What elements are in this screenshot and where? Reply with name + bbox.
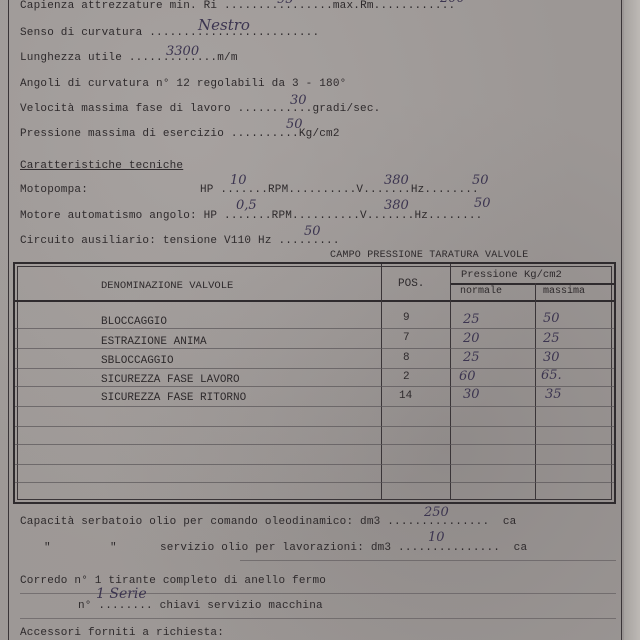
velocita-label: Velocità massima fase di lavoro ........… [20, 103, 380, 115]
header-pos: POS. [398, 278, 424, 290]
row-pos: 7 [403, 332, 410, 344]
row-pos: 9 [403, 312, 410, 324]
valve-table: DENOMINAZIONE VALVOLE POS. Pressione Kg/… [13, 262, 616, 504]
pressure-subheader-divider [451, 283, 614, 285]
row-name: BLOCCAGGIO [101, 316, 167, 328]
motopompa-hz-value: 50 [472, 173, 489, 188]
capienza-label: Capienza attrezzature min. Ri ..........… [20, 0, 455, 12]
motore-v-value: 380 [384, 198, 409, 213]
row-pos: 8 [403, 352, 410, 364]
header-normale: normale [460, 286, 502, 297]
capienza-max-value: 200 [440, 0, 465, 6]
row-line [15, 368, 614, 369]
row-normale: 25 [463, 312, 480, 327]
header-pressione: Pressione Kg/cm2 [461, 269, 562, 281]
row-name: SICUREZZA FASE LAVORO [101, 374, 240, 386]
motore-hp-value: 0,5 [236, 198, 257, 213]
row-massima: 30 [543, 350, 560, 365]
row-line [15, 328, 614, 329]
ditto-mark-2: " [110, 542, 117, 554]
row-line [15, 482, 614, 483]
row-line [15, 426, 614, 427]
servizio-value: 10 [428, 530, 445, 545]
paper-edge [624, 0, 640, 640]
row-normale: 25 [463, 350, 480, 365]
header-divider [15, 300, 614, 302]
ditto-mark-1: " [44, 542, 51, 554]
serbatoio-value: 250 [424, 505, 449, 520]
servizio-label: servizio olio per lavorazioni: dm3 .....… [160, 542, 527, 554]
right-margin-line [621, 0, 622, 640]
motore-hz-value: 50 [474, 196, 491, 211]
lunghezza-label: Lunghezza utile .............m/m [20, 52, 238, 64]
row-name: SICUREZZA FASE RITORNO [101, 392, 246, 404]
velocita-value: 30 [290, 93, 307, 108]
row-normale: 60 [459, 369, 476, 384]
row-line [15, 348, 614, 349]
col-divider-massima [535, 283, 536, 500]
valve-table-title: CAMPO PRESSIONE TARATURA VALVOLE [330, 250, 528, 261]
row-name: SBLOCCAGGIO [101, 355, 174, 367]
left-margin-line [8, 0, 9, 640]
rule-line [20, 618, 616, 619]
motopompa-label: Motopompa: [20, 184, 88, 196]
angoli-label: Angoli di curvatura n° 12 regolabili da … [20, 78, 346, 90]
motopompa-hp-value: 10 [230, 173, 247, 188]
row-line [15, 406, 614, 407]
lunghezza-value: 3300 [166, 44, 199, 59]
header-denominazione: DENOMINAZIONE VALVOLE [101, 280, 233, 292]
row-pos: 2 [403, 371, 410, 383]
row-pos: 14 [399, 390, 412, 402]
row-name: ESTRAZIONE ANIMA [101, 336, 207, 348]
row-massima: 65. [541, 368, 562, 383]
pressione-value: 50 [286, 117, 303, 132]
row-normale: 20 [463, 331, 480, 346]
row-line [15, 444, 614, 445]
senso-value: Nestro [198, 16, 250, 34]
row-massima: 25 [543, 331, 560, 346]
tech-heading: Caratteristiche tecniche [20, 160, 183, 172]
row-line [15, 464, 614, 465]
accessori-label: Accessori forniti a richiesta: [20, 627, 224, 639]
chiavi-value: 1 Serie [96, 586, 147, 602]
rule-line [240, 560, 616, 561]
capienza-min-value: 95 [277, 0, 294, 7]
row-normale: 30 [463, 387, 480, 402]
row-massima: 50 [543, 311, 560, 326]
row-massima: 35 [545, 387, 562, 402]
circuito-label: Circuito ausiliario: tensione V110 Hz ..… [20, 235, 340, 247]
corredo-label: Corredo n° 1 tirante completo di anello … [20, 575, 326, 587]
row-line [15, 386, 614, 387]
header-massima: massima [543, 286, 585, 297]
document-page: Capienza attrezzature min. Ri ..........… [0, 0, 640, 640]
motopompa-v-value: 380 [384, 173, 409, 188]
circuito-hz-value: 50 [304, 224, 321, 239]
senso-label: Senso di curvatura .....................… [20, 27, 319, 39]
